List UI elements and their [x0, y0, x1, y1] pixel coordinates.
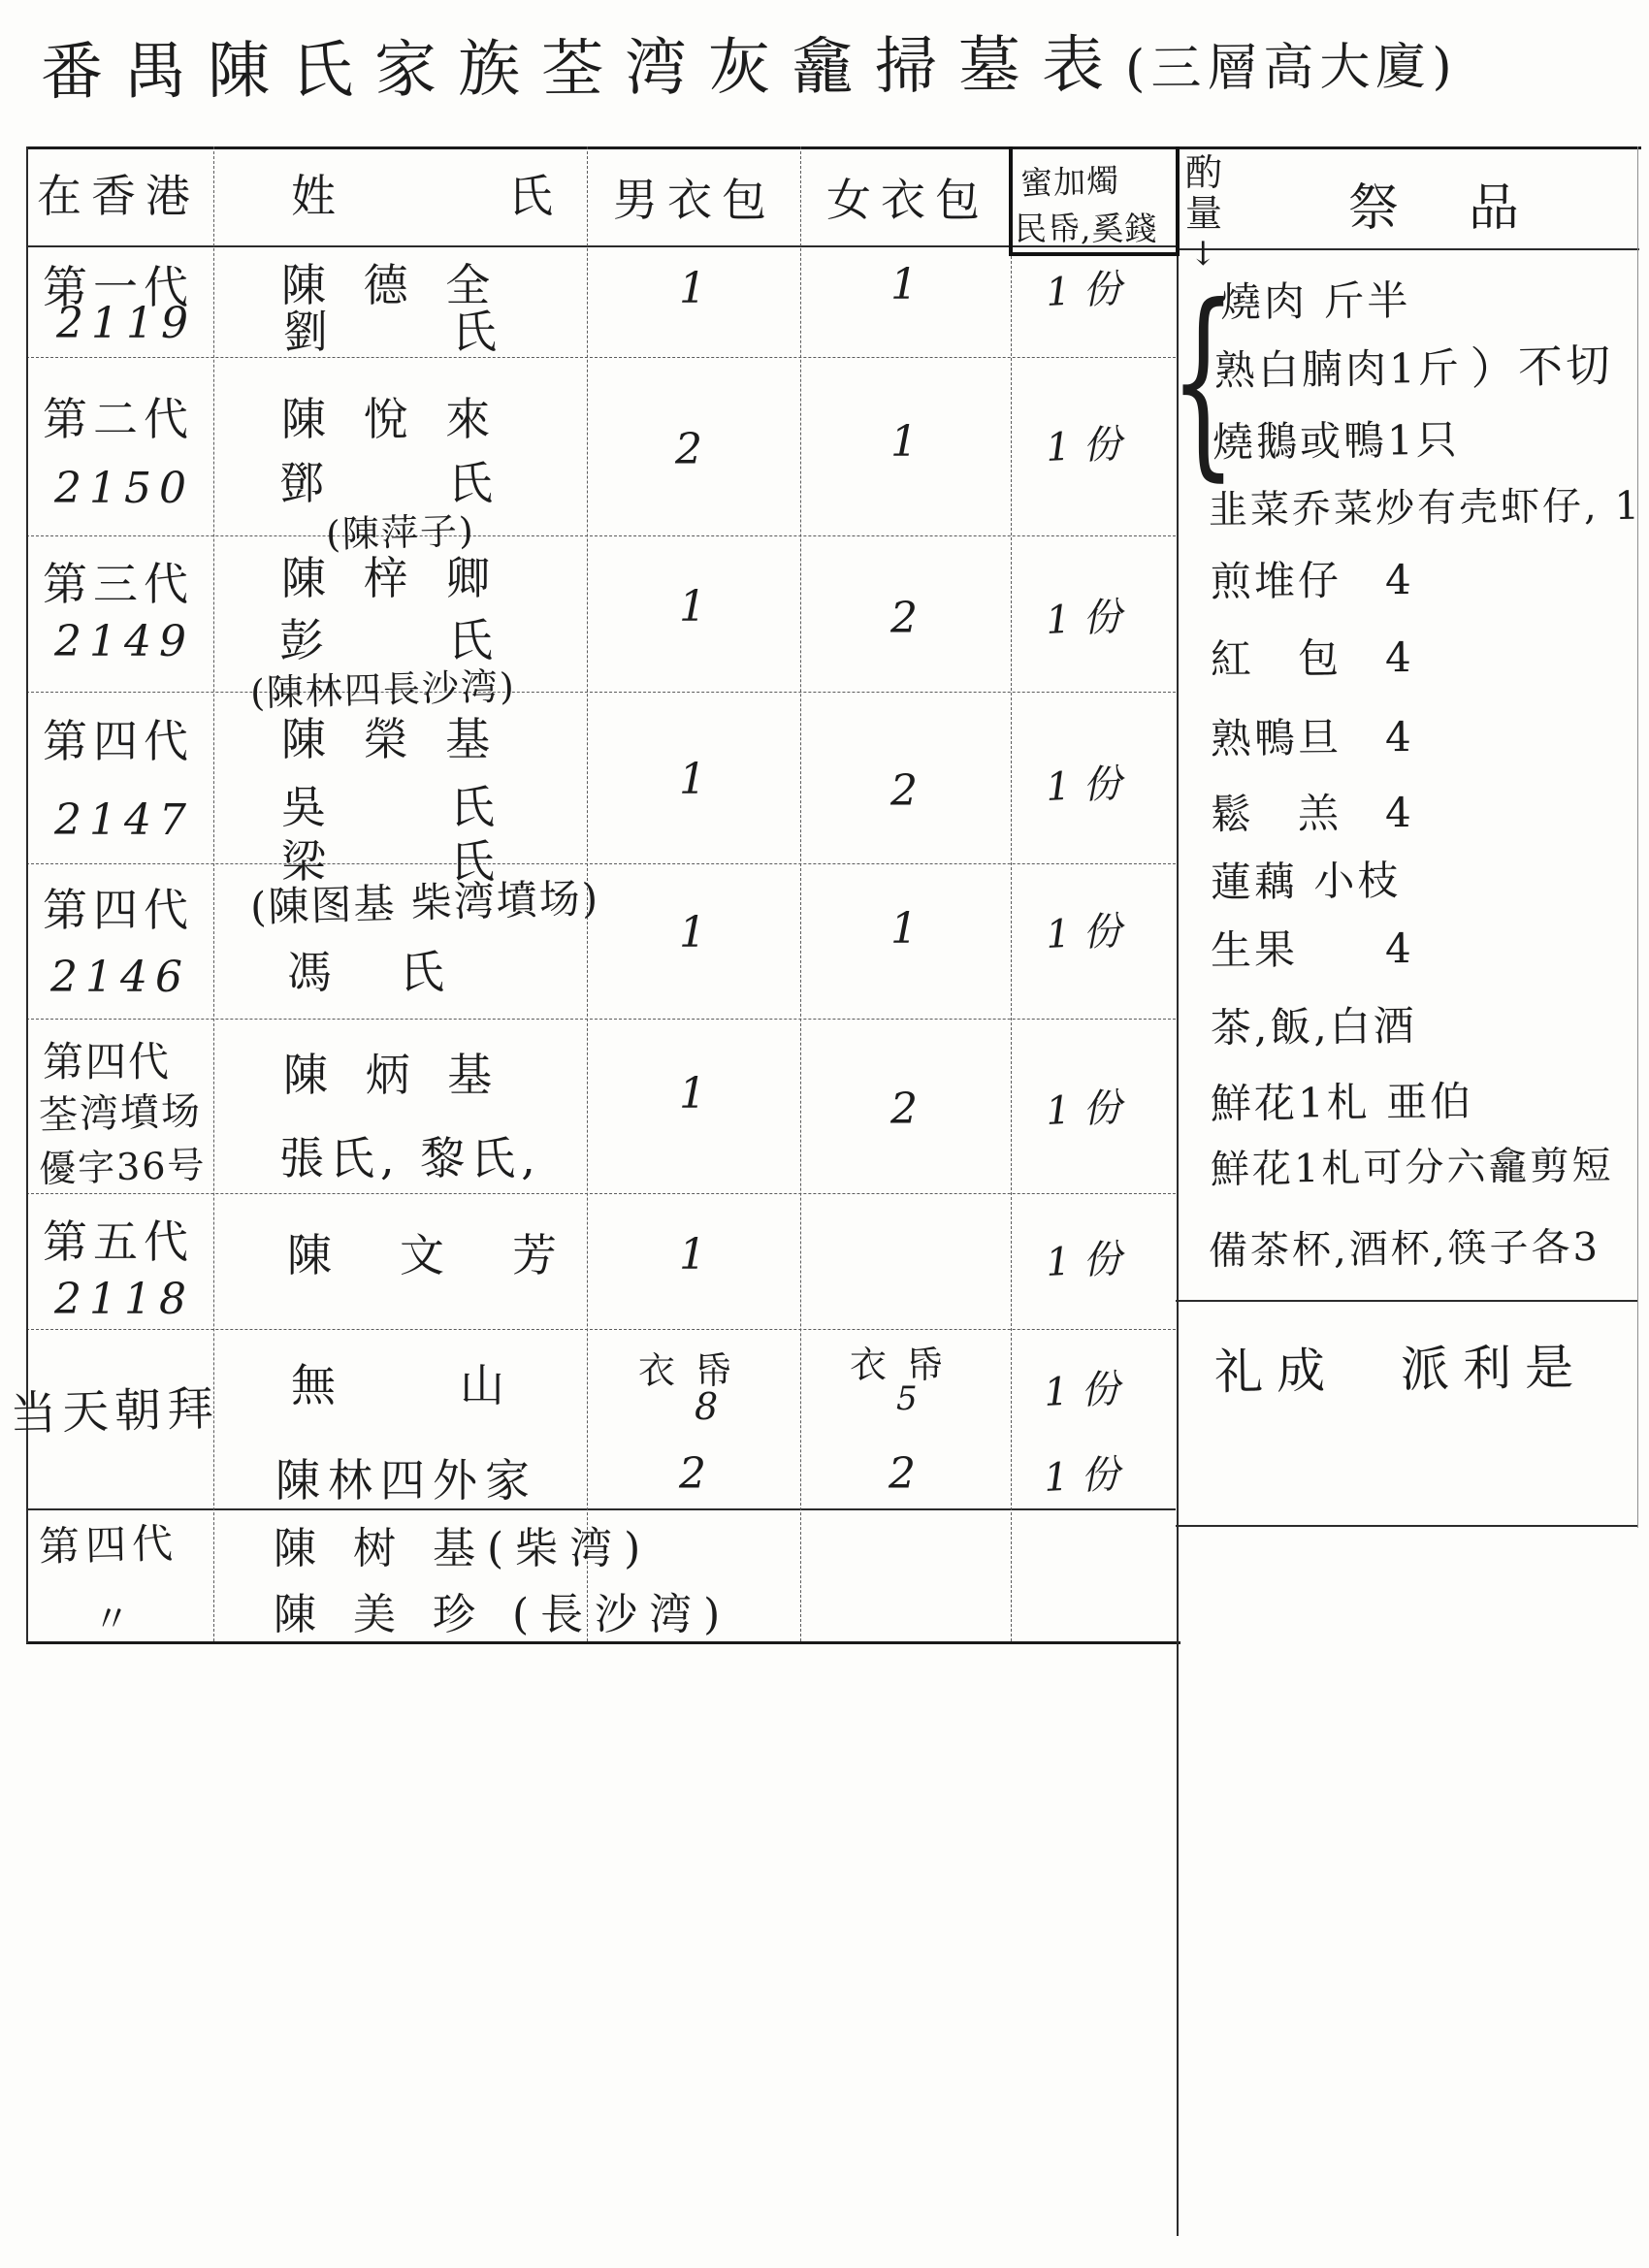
male-clothing-value: 2	[675, 425, 702, 474]
row-divider-4	[26, 863, 1176, 864]
generation-label: 第四代	[38, 1511, 179, 1573]
person-name: 陳林四外家	[275, 1445, 537, 1509]
paper-money-value: 1 份	[1043, 1358, 1121, 1417]
row-divider-7	[26, 1329, 1176, 1330]
person-name: 陳 悅 來	[281, 384, 501, 448]
column-divider-4	[1011, 256, 1012, 1641]
generation-label: 第五代	[43, 1207, 194, 1271]
page-title-suffix: (三層高大廈)	[1125, 38, 1458, 98]
offering-item: 燒鵝或鴨1只	[1212, 408, 1460, 470]
offering-item: 燒肉 斤半	[1220, 269, 1411, 329]
niche-number: 2146	[50, 953, 190, 1002]
generation-label: 第二代	[43, 384, 194, 448]
worship-day-label: 当天朝拜	[9, 1371, 220, 1443]
spouse-name: 劉 氏	[283, 297, 508, 361]
page-title: 番禺陳氏家族荃湾灰龕掃墓表(三層高大廈)	[41, 13, 1458, 112]
column-divider-5	[1177, 256, 1179, 2236]
row-divider-1	[26, 357, 1176, 358]
niche-number: 2147	[54, 795, 194, 845]
person-name: 陳 树 基(柴湾)	[274, 1513, 652, 1575]
generation-label: 第三代	[43, 549, 194, 613]
offering-item: 熟鴨旦 4	[1211, 705, 1414, 765]
header-female-clothing-bag: 女衣包	[826, 165, 989, 229]
male-clothing-value: 1	[679, 755, 706, 804]
niche-number: 2150	[54, 464, 194, 513]
row-divider-5	[26, 1019, 1176, 1020]
generation-label: 第四代	[43, 875, 194, 939]
header-paper-money: 民帋,奚錢	[1015, 204, 1158, 249]
female-clothing-value: 2	[889, 1449, 916, 1499]
name-note: (陳图基 柴湾墳场)	[249, 866, 600, 933]
paper-money-value: 1 份	[1045, 900, 1123, 959]
male-clothing-value: 1	[679, 1069, 706, 1118]
niche-number: 2119	[56, 299, 196, 348]
person-name: 陳 美 珍 (長沙湾)	[274, 1579, 731, 1641]
male-clothing-value: 8	[695, 1385, 718, 1428]
male-clothing-value: 1	[679, 1230, 706, 1280]
offering-item: 紅 包 4	[1211, 626, 1414, 686]
paper-money-value: 1 份	[1043, 1443, 1121, 1503]
offering-item: 生果 4	[1211, 917, 1414, 977]
header-bottom-border	[26, 245, 1176, 247]
niche-number: 優字36号	[38, 1135, 207, 1192]
offering-item: 熟白腩肉1斤	[1214, 337, 1462, 398]
paper-money-value: 1 份	[1045, 586, 1123, 645]
closing-cell-top-border	[1176, 1300, 1637, 1302]
offering-item: 備茶杯,酒杯,筷子各3	[1209, 1216, 1600, 1276]
male-clothing-value: 1	[679, 908, 706, 957]
paper-money-value: 1 份	[1045, 753, 1123, 812]
niche-number: 2118	[54, 1275, 194, 1324]
closing-note: 礼成 派利是	[1214, 1328, 1588, 1403]
offering-item: 韭菜乔菜炒有壳虾仔, 1	[1209, 475, 1642, 535]
table-bottom-border	[26, 1641, 1180, 1644]
row-divider-8	[26, 1508, 1176, 1510]
header-surname: 姓 氏	[291, 161, 563, 225]
offerings-header-bottom-border	[1176, 248, 1639, 250]
person-name: 陳 文 芳	[287, 1220, 568, 1284]
row-divider-2	[26, 535, 1176, 536]
paper-money-value: 1 份	[1045, 258, 1123, 317]
header-discretion-label: 酌量	[1185, 153, 1230, 235]
offering-item: 鮮花1札 亜伯	[1211, 1070, 1474, 1131]
generation-label: 第四代	[43, 1030, 171, 1088]
female-clothing-value: 1	[890, 417, 918, 467]
female-clothing-value: 2	[890, 594, 918, 643]
offering-item: 蓮藕 小枝	[1211, 849, 1402, 909]
offering-item: 鮮花1札可分六龕剪短	[1211, 1135, 1614, 1194]
offering-item: 茶,飯,白酒	[1211, 994, 1417, 1054]
person-name: 無 山	[291, 1350, 516, 1414]
header-in-hongkong: 在香港	[37, 161, 200, 225]
spouse-name: 馮 氏	[287, 937, 456, 1001]
female-clothing-value: 2	[890, 766, 918, 816]
offering-item: 煎堆仔 4	[1211, 548, 1414, 608]
niche-number: 2149	[54, 617, 194, 666]
spouse-name: 張氏, 黎氏,	[279, 1123, 541, 1187]
header-incense-candle: 蜜加燭	[1019, 156, 1119, 205]
female-clothing-value: 5	[896, 1379, 918, 1418]
table-right-border	[1637, 146, 1638, 1528]
generation-label: 第四代	[43, 706, 194, 770]
money-header-box-right	[1176, 146, 1180, 256]
scanned-document-page: 番禺陳氏家族荃湾灰龕掃墓表(三層高大廈) 在香港 姓 氏 男衣包 女衣包 蜜加燭…	[0, 0, 1649, 2268]
money-header-box-left	[1009, 146, 1013, 256]
person-name: 陳 梓 卿	[281, 543, 501, 607]
page-title-main: 番禺陳氏家族荃湾灰龕掃墓表	[41, 29, 1125, 109]
money-header-box-bottom	[1009, 252, 1180, 256]
male-clothing-value: 2	[679, 1449, 706, 1499]
offering-note: ）不切	[1470, 330, 1614, 398]
paper-money-value: 1 份	[1045, 413, 1123, 472]
female-clothing-value: 1	[890, 260, 918, 309]
ditto-mark: 〃	[93, 1589, 132, 1642]
column-divider-3	[800, 146, 801, 1641]
male-clothing-value: 1	[679, 264, 706, 313]
female-clothing-value: 2	[890, 1085, 918, 1134]
male-clothing-value: 1	[679, 582, 706, 632]
table-top-border	[26, 146, 1641, 149]
row-divider-3	[26, 692, 1176, 693]
row-divider-6	[26, 1193, 1176, 1194]
person-name: 陳 炳 基	[283, 1040, 503, 1104]
paper-money-value: 1 份	[1045, 1228, 1123, 1287]
person-name: 陳 榮 基	[281, 704, 501, 768]
closing-cell-bottom-border	[1176, 1525, 1637, 1527]
cemetery-label: 荃湾墳场	[38, 1081, 202, 1140]
offering-item: 鬆 羔 4	[1211, 781, 1414, 841]
header-offerings: 祭 品	[1348, 167, 1529, 240]
female-clothing-value: 1	[890, 904, 918, 954]
paper-money-value: 1 份	[1045, 1077, 1123, 1136]
header-male-clothing-bag: 男衣包	[613, 165, 776, 229]
